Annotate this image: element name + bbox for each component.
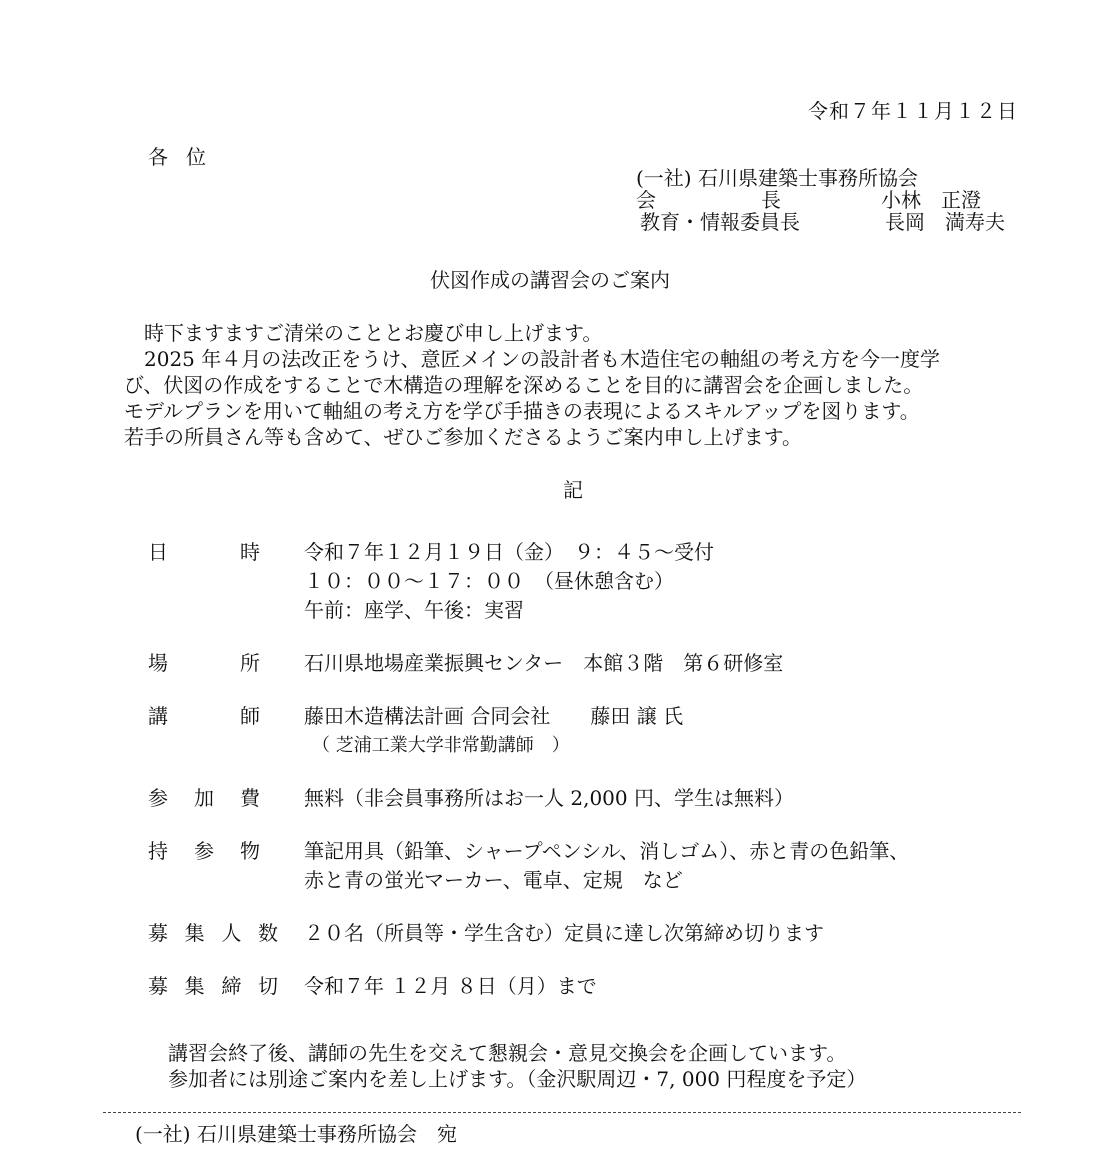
committee-name: 長岡 満寿夫	[885, 211, 1005, 233]
social-note: 講習会終了後、講師の先生を交えて懇親会・意見交換会を企画しています。 参加者には…	[168, 1040, 866, 1092]
ki-heading: 記	[0, 480, 1100, 500]
cut-line-divider	[103, 1112, 1021, 1113]
body-paragraph: 時下ますますご清栄のこととお慶び申し上げます。 2025 年４月の法改正をうけ、…	[124, 320, 1024, 450]
item-value: 赤と青の蛍光マーカー、電卓、定規 など	[304, 866, 909, 895]
item-label: 募集人数	[148, 919, 278, 948]
item-value: 令和７年 １２月 ８日（月）まで	[304, 972, 597, 1001]
item-value: 石川県地場産業振興センター 本館３階 第６研修室	[304, 649, 783, 678]
item-label: 募集締切	[148, 972, 278, 1001]
item-value: ２０名（所員等・学生含む）定員に達し次第締め切ります	[304, 919, 824, 948]
item-venue: 場所 石川県地場産業振興センター 本館３階 第６研修室	[148, 649, 909, 678]
item-belongings: 持参物 筆記用具（鉛筆、シャープペンシル、消しゴム）、赤と青の色鉛筆、 赤と青の…	[148, 837, 909, 895]
president-title: 会 長	[636, 189, 881, 211]
president-name: 小林 正澄	[881, 189, 981, 211]
item-label: 参加費	[148, 784, 260, 813]
item-label: 日時	[148, 538, 260, 567]
item-value: 令和７年１２月１９日（金） ９：４５～受付	[304, 538, 714, 567]
item-datetime: 日時 令和７年１２月１９日（金） ９：４５～受付 １０：００～１７：００ （昼休…	[148, 538, 909, 625]
item-value: 無料（非会員事務所はお一人 2,000 円、学生は無料）	[304, 784, 794, 813]
item-label: 講師	[148, 702, 260, 731]
document-title: 伏図作成の講習会のご案内	[0, 270, 1100, 290]
item-label: 場所	[148, 649, 260, 678]
item-value: 筆記用具（鉛筆、シャープペンシル、消しゴム）、赤と青の色鉛筆、	[304, 837, 909, 866]
details-list: 日時 令和７年１２月１９日（金） ９：４５～受付 １０：００～１７：００ （昼休…	[148, 538, 909, 1001]
item-value: 藤田木造構法計画 合同会社 藤田 譲 氏	[304, 702, 683, 731]
body-line: び、伏図の作成をすることで木構造の理解を深めることを目的に講習会を企画しました。	[124, 372, 1024, 398]
sender-committee: 教育・情報委員長 長岡 満寿夫	[636, 211, 1005, 233]
committee-title: 教育・情報委員長	[636, 211, 885, 233]
sender-block: (一社) 石川県建築士事務所協会 会 長 小林 正澄 教育・情報委員長 長岡 満…	[636, 167, 1005, 233]
addressee: 各位	[148, 147, 224, 167]
item-capacity: 募集人数 ２０名（所員等・学生含む）定員に達し次第締め切ります	[148, 919, 909, 948]
body-line: モデルプランを用いて軸組の考え方を学び手描きの表現によるスキルアップを図ります。	[124, 398, 1024, 424]
document-date: 令和７年１１月１２日	[808, 101, 1018, 121]
item-value: （ 芝浦工業大学非常勤講師 ）	[304, 731, 683, 760]
item-label: 持参物	[148, 837, 260, 866]
item-value: １０：００～１７：００ （昼休憩含む）	[304, 567, 714, 596]
sender-president: 会 長 小林 正澄	[636, 189, 1005, 211]
body-line: 時下ますますご清栄のこととお慶び申し上げます。	[124, 320, 1024, 346]
item-deadline: 募集締切 令和７年 １２月 ８日（月）まで	[148, 972, 909, 1001]
item-instructor: 講師 藤田木造構法計画 合同会社 藤田 譲 氏 （ 芝浦工業大学非常勤講師 ）	[148, 702, 909, 760]
body-line: 若手の所員さん等も含めて、ぜひご参加くださるようご案内申し上げます。	[124, 424, 1024, 450]
sender-organization: (一社) 石川県建築士事務所協会	[636, 167, 1005, 189]
item-value: 午前：座学、午後：実習	[304, 596, 714, 625]
note-line: 講習会終了後、講師の先生を交えて懇親会・意見交換会を企画しています。	[168, 1040, 866, 1066]
note-line: 参加者には別途ご案内を差し上げます。（金沢駅周辺・7, 000 円程度を予定）	[168, 1066, 866, 1092]
reply-addressee: (一社) 石川県建築士事務所協会 宛	[135, 1124, 457, 1144]
body-line: 2025 年４月の法改正をうけ、意匠メインの設計者も木造住宅の軸組の考え方を今一…	[124, 346, 1024, 372]
item-fee: 参加費 無料（非会員事務所はお一人 2,000 円、学生は無料）	[148, 784, 909, 813]
